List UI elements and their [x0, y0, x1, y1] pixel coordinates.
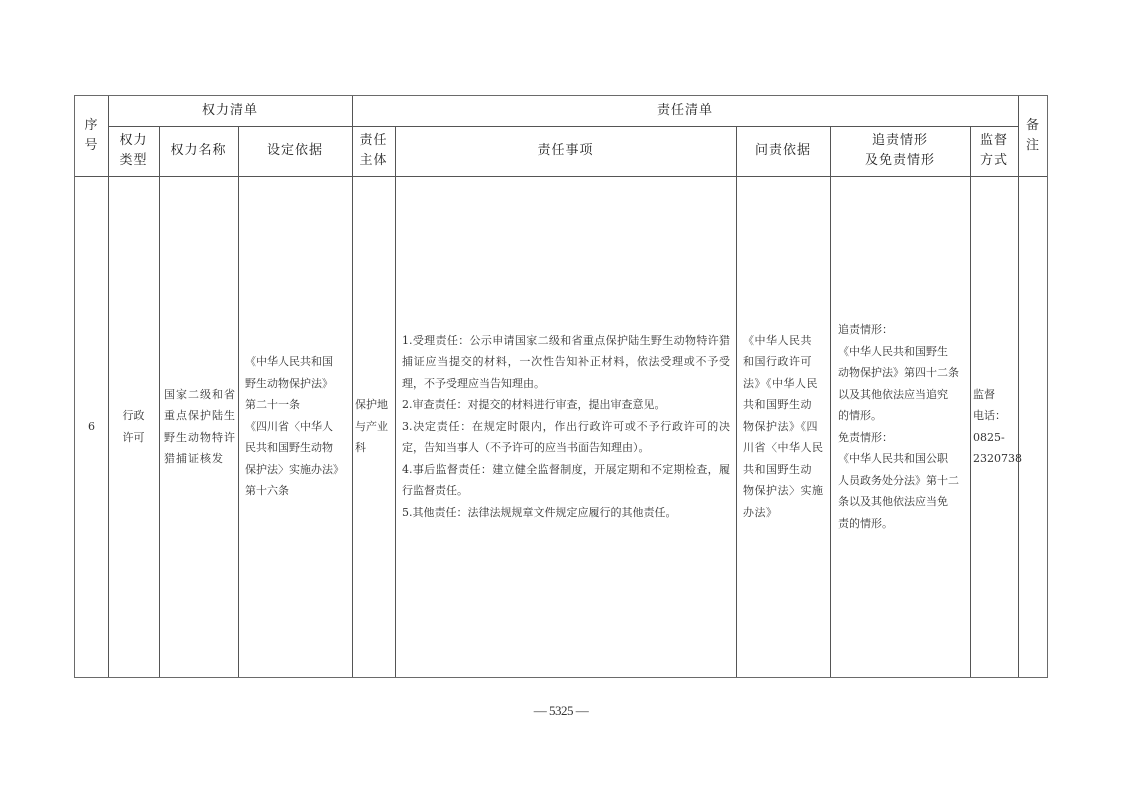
header-remarks: 备 注: [1018, 96, 1048, 176]
table-row-accountability-basis: 《中华人民共 和国行政许可 法》《中华人民 共和国野生动 物保护法》《四 川省〈…: [736, 176, 830, 677]
header-power-type: 权力 类型: [108, 126, 159, 176]
header-accountability-basis: 问责依据: [736, 126, 830, 176]
responsibility-items-list: 1.受理责任：公示申请国家二级和省重点保护陆生野生动物特许猎捕证应当提交的材料，…: [402, 330, 730, 524]
table-row-power-type: 行政 许可: [108, 176, 159, 677]
table-row-responsibility-items: 1.受理责任：公示申请国家二级和省重点保护陆生野生动物特许猎捕证应当提交的材料，…: [395, 176, 736, 677]
header-power-list: 权力清单: [108, 96, 352, 126]
table-row-supervision-method: 监督 电话： 0825- 2320738: [970, 176, 1018, 677]
table-row-seq: 6: [75, 176, 108, 677]
responsibility-item: 4.事后监督责任：建立健全监督制度，开展定期和不定期检查，履行监督责任。: [402, 459, 730, 502]
seq-value: 6: [88, 416, 95, 438]
table-row-power-name: 国家二级和省 重点保护陆生 野生动物特许 猎捕证核发: [159, 176, 238, 677]
table-row-remarks: [1018, 176, 1048, 677]
header-accountability-cases: 追责情形 及免责情形: [830, 126, 970, 176]
header-responsibility-list: 责任清单: [352, 96, 1018, 126]
table-row-responsible-subject: 保护地 与产业 科: [352, 176, 395, 677]
header-seq: 序 号: [75, 96, 108, 176]
responsibility-item: 1.受理责任：公示申请国家二级和省重点保护陆生野生动物特许猎捕证应当提交的材料，…: [402, 330, 730, 395]
responsibility-item: 5.其他责任：法律法规规章文件规定应履行的其他责任。: [402, 502, 730, 524]
page-number: — 5325 —: [0, 703, 1122, 719]
power-responsibility-table: 序 号 权力清单 责任清单 备 注 权力 类型 权力名称 设定依据 责任 主体 …: [74, 95, 1048, 678]
responsibility-item: 2.审查责任：对提交的材料进行审查，提出审查意见。: [402, 394, 730, 416]
table-row-legal-basis: 《中华人民共和国 野生动物保护法》 第二十一条 《四川省〈中华人 民共和国野生动…: [238, 176, 352, 677]
header-legal-basis: 设定依据: [238, 126, 352, 176]
header-supervision-method: 监督 方式: [970, 126, 1018, 176]
header-responsibility-items: 责任事项: [395, 126, 736, 176]
header-power-name: 权力名称: [159, 126, 238, 176]
responsibility-item: 3.决定责任：在规定时限内，作出行政许可或不予行政许可的决定，告知当事人（不予许…: [402, 416, 730, 459]
table-row-accountability-cases: 追责情形： 《中华人民共和国野生 动物保护法》第四十二条 以及其他依法应当追究 …: [830, 176, 970, 677]
header-responsible-subject: 责任 主体: [352, 126, 395, 176]
